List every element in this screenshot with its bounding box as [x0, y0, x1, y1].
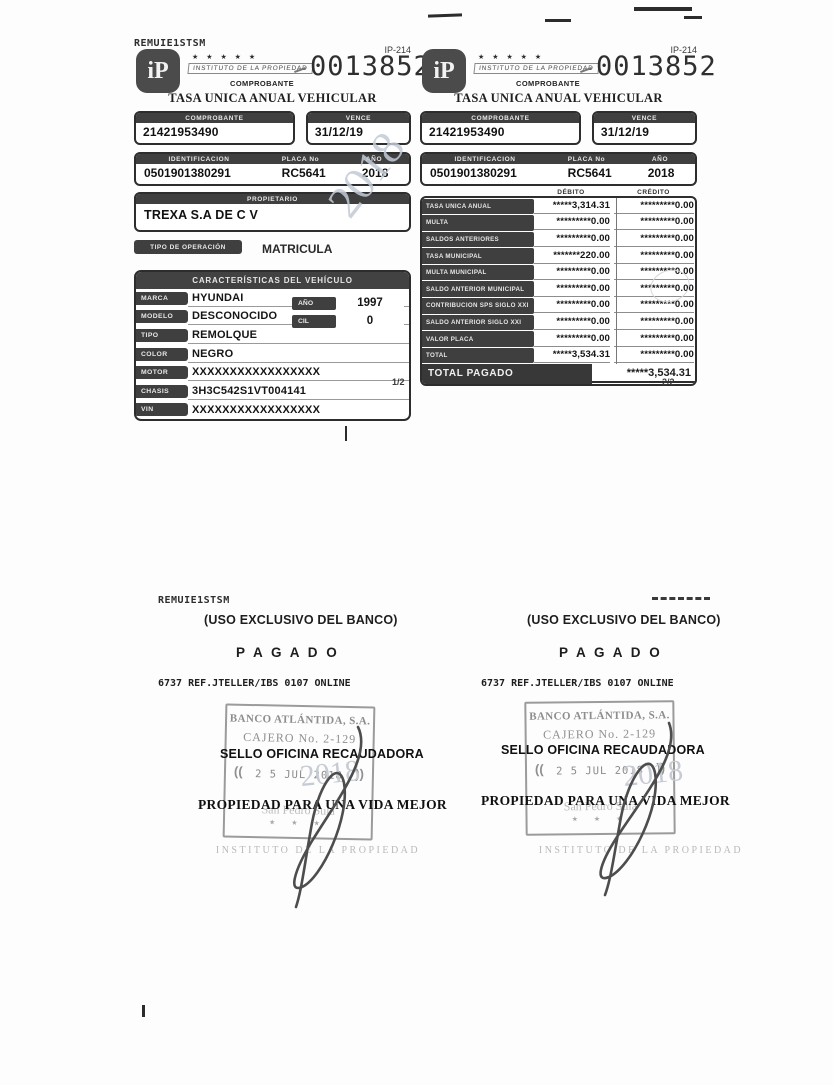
vehicle-ano-label: AÑO [292, 297, 336, 310]
receipt-header: iP ★ ★ ★ ★ ★ INSTITUTO DE LA PROPIEDAD C… [134, 49, 411, 107]
reference-line: 6737 REF.JTELLER/IBS 0107 ONLINE [158, 678, 478, 689]
identificacion-value: 0501901380291 [422, 164, 552, 184]
charge-row: VALOR PLACA *********0.00 *********0.00 [422, 331, 695, 348]
scan-header-text: REMUIE1STSM [158, 585, 478, 606]
comprobante-value: 21421953490 [422, 123, 579, 143]
debit-credit-header: DÉBITO CRÉDITO [420, 189, 697, 196]
credito-column-label: CRÉDITO [610, 189, 697, 196]
stamp-area: BANCO ATLÁNTIDA, S.A. CAJERO No. 2-129 (… [158, 697, 478, 922]
vehicle-row-value: XXXXXXXXXXXXXXXXX [188, 364, 409, 381]
pagado-text: P A G A D O [236, 645, 478, 660]
tipo-operacion-label: TIPO DE OPERACIÓN [134, 240, 242, 254]
receipt-title: TASA UNICA ANUAL VEHICULAR [420, 91, 697, 106]
charge-label: MULTA [422, 215, 534, 231]
signature [262, 721, 382, 911]
serial-number: 0013852 [310, 51, 431, 82]
fields-row-2: IDENTIFICACION PLACA No AÑO 050190138029… [420, 152, 697, 186]
vehicle-row-label: TIPO [136, 329, 188, 342]
vehicle-row-value: NEGRO [188, 346, 409, 363]
placa-label: PLACA No [548, 154, 625, 164]
charge-debito: *********0.00 [534, 298, 610, 313]
ano-label: AÑO [339, 154, 409, 164]
page-marker-1: 1/2 [392, 377, 405, 387]
identificacion-label: IDENTIFICACION [136, 154, 262, 164]
charge-label: TASA UNICA ANUAL [422, 199, 534, 215]
charge-row: TOTAL *****3,534.31 *********0.00 [422, 347, 695, 364]
stamp-area: BANCO ATLÁNTIDA, S.A. CAJERO No. 2-129 (… [481, 697, 801, 922]
tipo-operacion-value: MATRICULA [262, 242, 332, 256]
vehicle-row-label: VIN [136, 403, 188, 416]
scan-artifact [345, 426, 347, 441]
receipt-left: REMUIE1STSM IP-214 iP ★ ★ ★ ★ ★ INSTITUT… [134, 38, 411, 421]
vence-value: 31/12/19 [308, 123, 409, 143]
vehicle-row-label: MODELO [136, 310, 188, 323]
receipt-right: IP-214 iP ★ ★ ★ ★ ★ INSTITUTO DE LA PROP… [420, 38, 697, 386]
fields-row-1: COMPROBANTE 21421953490 VENCE 31/12/19 [134, 111, 411, 145]
vehicle-row: CHASIS 3H3C542S1VT004141 [136, 382, 409, 401]
receipt-header: iP ★ ★ ★ ★ ★ INSTITUTO DE LA PROPIEDAD C… [420, 49, 697, 107]
column-divider [616, 198, 617, 364]
scan-artifact [142, 1005, 145, 1017]
comprobante-field: COMPROBANTE 21421953490 [134, 111, 295, 145]
identificacion-value: 0501901380291 [136, 164, 266, 184]
comprobante-label: COMPROBANTE [422, 113, 579, 123]
charge-row: CONTRIBUCION SPS SIGLO XXI *********0.00… [422, 298, 695, 315]
total-pagado-row: TOTAL PAGADO *****3,534.31 [422, 364, 695, 384]
charge-row: SALDOS ANTERIORES *********0.00 ********… [422, 231, 695, 248]
placa-value: RC5641 [552, 164, 627, 184]
vehicle-cil-value: 0 [336, 315, 404, 327]
charge-debito: *******220.00 [534, 249, 610, 264]
fields-row-2: IDENTIFICACION PLACA No AÑO 050190138029… [134, 152, 411, 186]
charge-debito: *****3,314.31 [534, 199, 610, 214]
bank-stub-right: (USO EXCLUSIVO DEL BANCO) P A G A D O 20… [481, 585, 801, 922]
receipt-title: TASA UNICA ANUAL VEHICULAR [134, 91, 411, 106]
vence-field: VENCE 31/12/19 [592, 111, 697, 145]
charge-credito: *********0.00 [614, 332, 694, 347]
propietario-label: PROPIETARIO [136, 194, 409, 204]
vehicle-row-label: MOTOR [136, 366, 188, 379]
serial-number: 0013852 [596, 51, 717, 82]
propietario-value: TREXA S.A DE C V [136, 204, 409, 230]
charge-credito: *********0.00 [614, 315, 694, 330]
charge-label: CONTRIBUCION SPS SIGLO XXI [422, 298, 534, 314]
vehicle-row: COLOR NEGRO [136, 345, 409, 364]
vence-field: VENCE 31/12/19 [306, 111, 411, 145]
charge-debito: *********0.00 [534, 215, 610, 230]
comprobante-value: 21421953490 [136, 123, 293, 143]
charge-debito: *********0.00 [534, 265, 610, 280]
vehicle-row: VIN XXXXXXXXXXXXXXXXX [136, 401, 409, 420]
charge-credito: *********0.00 [614, 348, 694, 363]
charge-debito: *********0.00 [534, 332, 610, 347]
charge-credito: *********0.00 [614, 199, 694, 214]
total-pagado-value: *****3,534.31 [592, 365, 695, 383]
comprobante-field: COMPROBANTE 21421953490 [420, 111, 581, 145]
scanned-document-page: REMUIE1STSM IP-214 iP ★ ★ ★ ★ ★ INSTITUT… [0, 0, 833, 1085]
charge-credito: *********0.00 [614, 298, 694, 313]
charge-row: SALDO ANTERIOR SIGLO XXI *********0.00 *… [422, 314, 695, 331]
charge-label: SALDO ANTERIOR MUNICIPAL [422, 281, 534, 297]
charge-label: MULTA MUNICIPAL [422, 265, 534, 281]
charge-label: VALOR PLACA [422, 331, 534, 347]
vence-label: VENCE [308, 113, 409, 123]
comprobante-caption: COMPROBANTE [516, 79, 580, 88]
charge-credito: *********0.00 [614, 232, 694, 247]
identificacion-label: IDENTIFICACION [422, 154, 548, 164]
signature [569, 713, 689, 903]
vehicle-box-title: CARACTERÍSTICAS DEL VEHÍCULO [136, 272, 409, 289]
charge-debito: *********0.00 [534, 315, 610, 330]
charge-label: TASA MUNICIPAL [422, 248, 534, 264]
reference-line: 6737 REF.JTELLER/IBS 0107 ONLINE [481, 678, 801, 689]
charge-debito: *********0.00 [534, 232, 610, 247]
vehicle-row-label: CHASIS [136, 385, 188, 398]
uso-exclusivo-text: (USO EXCLUSIVO DEL BANCO) [527, 613, 801, 627]
ano-cil-panel: AÑO 1997 CIL 0 [292, 294, 404, 330]
tipo-operacion-field: TIPO DE OPERACIÓN MATRICULA [134, 240, 411, 262]
vehicle-row-label: MARCA [136, 292, 188, 305]
ano-value: 2018 [627, 164, 695, 184]
vehicle-characteristics-box: CARACTERÍSTICAS DEL VEHÍCULO MARCA HYUND… [134, 270, 411, 421]
charge-debito: *****3,534.31 [534, 348, 610, 363]
scan-artifact [545, 19, 571, 22]
total-pagado-label: TOTAL PAGADO [422, 364, 592, 384]
stars-decoration: ★ ★ ★ ★ ★ [478, 53, 544, 61]
vehicle-row-value: XXXXXXXXXXXXXXXXX [188, 402, 409, 418]
uso-exclusivo-text: (USO EXCLUSIVO DEL BANCO) [204, 613, 478, 627]
charge-row: TASA MUNICIPAL *******220.00 *********0.… [422, 248, 695, 265]
vehicle-row-label: COLOR [136, 348, 188, 361]
comprobante-label: COMPROBANTE [136, 113, 293, 123]
vence-value: 31/12/19 [594, 123, 695, 143]
ano-value: 2018 [341, 164, 409, 184]
debito-column-label: DÉBITO [532, 189, 610, 196]
vehicle-row: MOTOR XXXXXXXXXXXXXXXXX [136, 363, 409, 382]
fields-row-1: COMPROBANTE 21421953490 VENCE 31/12/19 [420, 111, 697, 145]
placa-label: PLACA No [262, 154, 339, 164]
charge-row: TASA UNICA ANUAL *****3,314.31 *********… [422, 198, 695, 215]
comprobante-caption: COMPROBANTE [230, 79, 294, 88]
stars-decoration: ★ ★ ★ ★ ★ [192, 53, 258, 61]
scan-artifact [634, 7, 692, 11]
charge-credito: *********0.00 [614, 249, 694, 264]
instituto-propiedad-logo-icon: iP [422, 49, 466, 93]
pagado-text: P A G A D O [559, 645, 801, 660]
vehicle-ano-value: 1997 [336, 297, 404, 309]
scan-artifact [684, 16, 702, 19]
propietario-field: PROPIETARIO TREXA S.A DE C V [134, 192, 411, 232]
bank-stub-left: REMUIE1STSM (USO EXCLUSIVO DEL BANCO) P … [158, 585, 478, 922]
ano-label: AÑO [625, 154, 695, 164]
vence-label: VENCE [594, 113, 695, 123]
charges-table: TASA UNICA ANUAL *****3,314.31 *********… [420, 196, 697, 386]
charge-credito: *********0.00 [614, 215, 694, 230]
charge-row: MULTA *********0.00 *********0.00 [422, 215, 695, 232]
placa-value: RC5641 [266, 164, 341, 184]
charge-label: SALDOS ANTERIORES [422, 232, 534, 248]
charge-label: TOTAL [422, 348, 534, 364]
scan-header-text: REMUIE1STSM [134, 38, 206, 49]
charge-debito: *********0.00 [534, 282, 610, 297]
page-marker-2: 2/2 [662, 377, 675, 387]
vehicle-cil-label: CIL [292, 315, 336, 328]
scan-artifact [428, 13, 462, 17]
charge-label: SALDO ANTERIOR SIGLO XXI [422, 315, 534, 331]
instituto-propiedad-logo-icon: iP [136, 49, 180, 93]
vehicle-row-value: 3H3C542S1VT004141 [188, 383, 409, 400]
